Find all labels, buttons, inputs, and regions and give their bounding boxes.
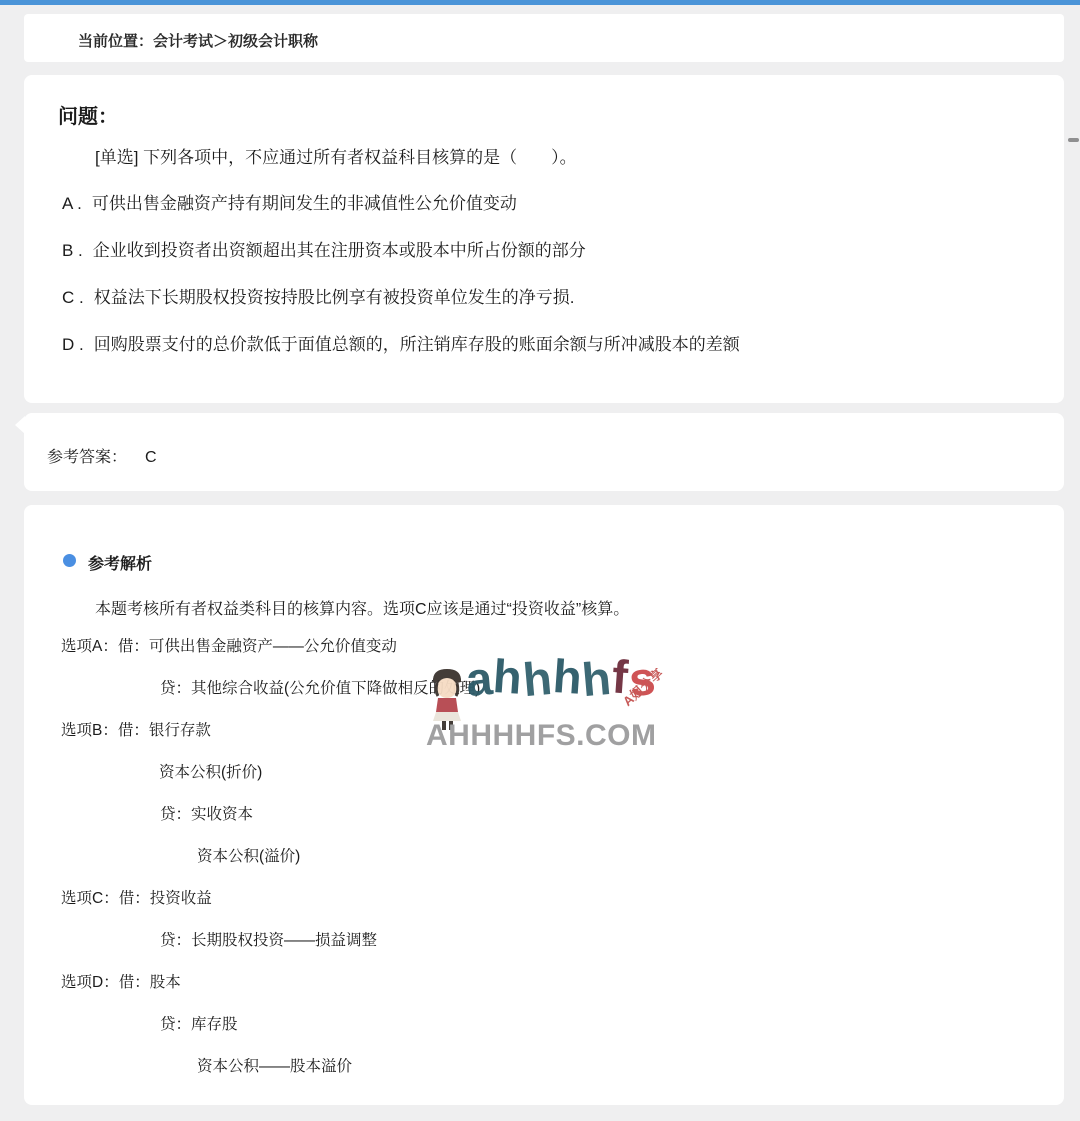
journal-entry-line: 贷：库存股 [61,1014,1021,1056]
page: { "colors": { "top_bar": "#4a94d8", "bac… [0,0,1080,1121]
option-d-letter: D . [62,335,84,354]
bullet-dot-icon [63,554,76,567]
journal-entry-line: 资本公积——股本溢价 [61,1056,1021,1098]
journal-entry-line: 选项D：借：股本 [61,972,1021,1014]
analysis-summary: 本题考核所有者权益类科目的核算内容。选项C应该是通过“投资收益”核算。 [95,596,629,619]
option-c[interactable]: C .权益法下长期股权投资按持股比例享有被投资单位发生的净亏损. [62,286,574,309]
option-a-text: 可供出售金融资产持有期间发生的非减值性公允价值变动 [92,194,517,213]
breadcrumb-label: 当前位置： [78,33,153,50]
option-b-text: 企业收到投资者出资额超出其在注册资本或股本中所占份额的部分 [93,241,586,260]
analysis-card: 参考解析 本题考核所有者权益类科目的核算内容。选项C应该是通过“投资收益”核算。… [24,505,1064,1105]
top-accent-bar [0,0,1080,5]
watermark-domain: AHHHHFS.COM [426,719,657,753]
question-card: 问题： [单选] 下列各项中，不应通过所有者权益科目核算的是（ ）。 A .可供… [24,75,1064,403]
breadcrumb-path[interactable]: 会计考试＞初级会计职称 [153,33,318,50]
option-a[interactable]: A .可供出售金融资产持有期间发生的非减值性公允价值变动 [62,192,517,215]
answer-value: C [145,449,157,466]
option-c-letter: C . [62,288,84,307]
analysis-title: 参考解析 [88,551,152,574]
option-d[interactable]: D .回购股票支付的总价款低于面值总额的，所注销库存股的账面余额与所冲减股本的差… [62,333,740,356]
question-title: 问题： [58,100,118,129]
answer-card: 参考答案：C [24,413,1064,491]
journal-entry-line: 贷：长期股权投资——损益调整 [61,930,1021,972]
journal-entry-line: 贷：实收资本 [61,804,1021,846]
breadcrumb: 当前位置：会计考试＞初级会计职称 [78,30,318,51]
option-c-text: 权益法下长期股权投资按持股比例享有被投资单位发生的净亏损. [94,288,575,307]
option-d-text: 回购股票支付的总价款低于面值总额的，所注销库存股的账面余额与所冲减股本的差额 [94,335,740,354]
option-b-letter: B . [62,241,83,260]
breadcrumb-card: 当前位置：会计考试＞初级会计职称 [24,14,1064,62]
right-edge-marker [1068,138,1079,142]
watermark: ahhhhfs A姐分享 AHHHHFS.COM [424,651,692,769]
option-b[interactable]: B .企业收到投资者出资额超出其在注册资本或股本中所占份额的部分 [62,239,586,262]
answer-label: 参考答案： [47,449,127,466]
journal-entry-line: 资本公积(溢价) [61,846,1021,888]
question-stem: [单选] 下列各项中，不应通过所有者权益科目核算的是（ ）。 [95,147,577,169]
option-a-letter: A . [62,194,82,213]
journal-entry-line: 选项C：借：投资收益 [61,888,1021,930]
